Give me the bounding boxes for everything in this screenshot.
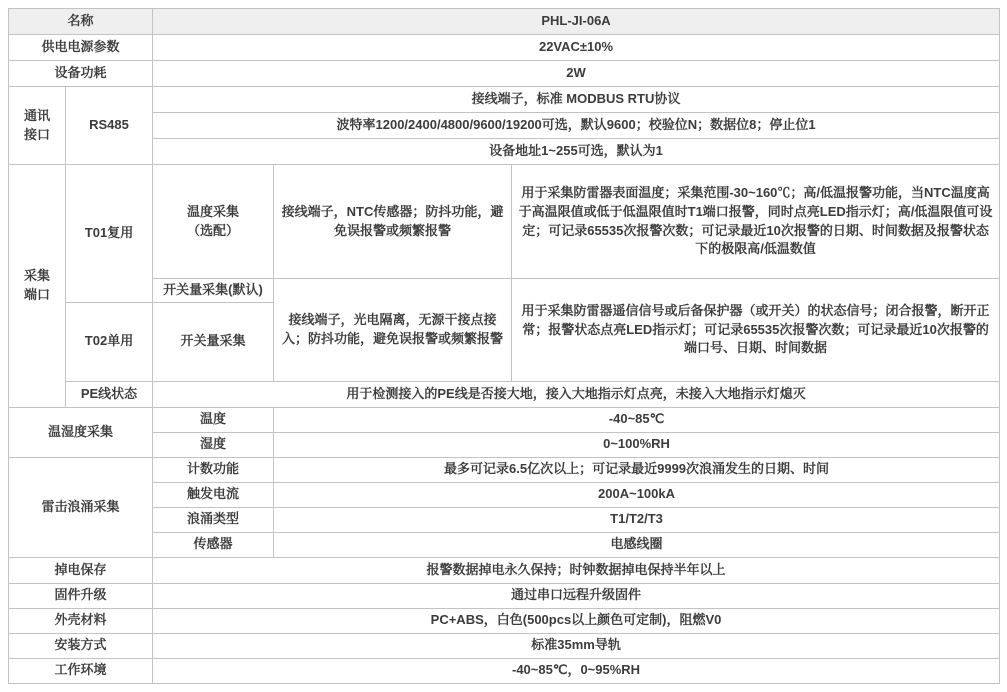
comm-baud-value: 波特率1200/2400/4800/9600/19200可选，默认9600；校验… — [153, 113, 1000, 139]
temp-humidity-group-label: 温湿度采集 — [9, 407, 153, 457]
t01-temp-mode-label: 温度采集 （选配） — [153, 165, 274, 279]
t01-label: T01复用 — [66, 165, 153, 303]
power-consumption-label: 设备功耗 — [9, 61, 153, 87]
pe-label: PE线状态 — [66, 381, 153, 407]
row-power-consumption: 设备功耗 2W — [9, 61, 1000, 87]
switch-desc: 用于采集防雷器遥信信号或后备保护器（或开关）的状态信号；闭合报警，断开正常；报警… — [512, 279, 1000, 382]
t01-temp-desc: 用于采集防雷器表面温度；采集范围-30~160℃；高/低温报警功能，当NTC温度… — [512, 165, 1000, 279]
row-surge-sensor: 传感器 电感线圈 — [9, 532, 1000, 557]
name-value: PHL-JI-06A — [153, 9, 1000, 35]
t02-label: T02单用 — [66, 302, 153, 381]
row-power-supply: 供电电源参数 22VAC±10% — [9, 35, 1000, 61]
page: 名称 PHL-JI-06A 供电电源参数 22VAC±10% 设备功耗 2W 通… — [0, 0, 1007, 692]
row-surge-type: 浪涌类型 T1/T2/T3 — [9, 507, 1000, 532]
firmware-value: 通过串口远程升级固件 — [153, 583, 1000, 608]
comm-address-value: 设备地址1~255可选，默认为1 — [153, 139, 1000, 165]
row-firmware: 固件升级 通过串口远程升级固件 — [9, 583, 1000, 608]
comm-terminal-value: 接线端子，标准 MODBUS RTU协议 — [153, 87, 1000, 113]
power-supply-value: 22VAC±10% — [153, 35, 1000, 61]
row-operating-env: 工作环境 -40~85℃，0~95%RH — [9, 658, 1000, 683]
row-surge-trigger: 触发电流 200A~100kA — [9, 482, 1000, 507]
row-pe-status: PE线状态 用于检测接入的PE线是否接大地，接入大地指示灯点亮，未接入大地指示灯… — [9, 381, 1000, 407]
row-comm-address: 设备地址1~255可选，默认为1 — [9, 139, 1000, 165]
data-retention-label: 掉电保存 — [9, 557, 153, 583]
humidity-value: 0~100%RH — [274, 432, 1000, 457]
surge-sensor-label: 传感器 — [153, 532, 274, 557]
surge-type-value: T1/T2/T3 — [274, 507, 1000, 532]
temperature-label: 温度 — [153, 407, 274, 432]
data-retention-value: 报警数据掉电永久保持；时钟数据掉电保持半年以上 — [153, 557, 1000, 583]
row-data-retention: 掉电保存 报警数据掉电永久保持；时钟数据掉电保持半年以上 — [9, 557, 1000, 583]
row-t01-temperature: 采集 端口 T01复用 温度采集 （选配） 接线端子，NTC传感器；防抖功能，避… — [9, 165, 1000, 279]
row-surge-counting: 雷击浪涌采集 计数功能 最多可记录6.5亿次以上；可记录最近9999次浪涌发生的… — [9, 457, 1000, 482]
t02-mode-label: 开关量采集 — [153, 302, 274, 381]
switch-wiring: 接线端子，光电隔离，无源干接点接入；防抖功能，避免误报警或频繁报警 — [274, 279, 512, 382]
surge-trigger-value: 200A~100kA — [274, 482, 1000, 507]
temperature-value: -40~85℃ — [274, 407, 1000, 432]
name-label: 名称 — [9, 9, 153, 35]
operating-env-value: -40~85℃，0~95%RH — [153, 658, 1000, 683]
surge-type-label: 浪涌类型 — [153, 507, 274, 532]
operating-env-label: 工作环境 — [9, 658, 153, 683]
row-comm-baud: 波特率1200/2400/4800/9600/19200可选，默认9600；校验… — [9, 113, 1000, 139]
power-consumption-value: 2W — [153, 61, 1000, 87]
row-comm-terminal: 通讯 接口 RS485 接线端子，标准 MODBUS RTU协议 — [9, 87, 1000, 113]
surge-sensor-value: 电感线圈 — [274, 532, 1000, 557]
row-name: 名称 PHL-JI-06A — [9, 9, 1000, 35]
surge-counting-value: 最多可记录6.5亿次以上；可记录最近9999次浪涌发生的日期、时间 — [274, 457, 1000, 482]
spec-table: 名称 PHL-JI-06A 供电电源参数 22VAC±10% 设备功耗 2W 通… — [8, 8, 1000, 684]
acq-ports-group-label: 采集 端口 — [9, 165, 66, 408]
housing-label: 外壳材料 — [9, 608, 153, 633]
comm-group-label: 通讯 接口 — [9, 87, 66, 165]
row-housing: 外壳材料 PC+ABS，白色(500pcs以上颜色可定制)，阻燃V0 — [9, 608, 1000, 633]
t01-switch-default-label: 开关量采集(默认) — [153, 279, 274, 303]
comm-interface-label: RS485 — [66, 87, 153, 165]
t01-temp-wiring: 接线端子，NTC传感器；防抖功能，避免误报警或频繁报警 — [274, 165, 512, 279]
mounting-value: 标准35mm导轨 — [153, 633, 1000, 658]
power-supply-label: 供电电源参数 — [9, 35, 153, 61]
firmware-label: 固件升级 — [9, 583, 153, 608]
surge-trigger-label: 触发电流 — [153, 482, 274, 507]
surge-group-label: 雷击浪涌采集 — [9, 457, 153, 557]
mounting-label: 安装方式 — [9, 633, 153, 658]
row-t01-switch-default: 开关量采集(默认) 接线端子，光电隔离，无源干接点接入；防抖功能，避免误报警或频… — [9, 279, 1000, 303]
humidity-label: 湿度 — [153, 432, 274, 457]
surge-counting-label: 计数功能 — [153, 457, 274, 482]
housing-value: PC+ABS，白色(500pcs以上颜色可定制)，阻燃V0 — [153, 608, 1000, 633]
row-humidity: 湿度 0~100%RH — [9, 432, 1000, 457]
row-temperature: 温湿度采集 温度 -40~85℃ — [9, 407, 1000, 432]
pe-desc: 用于检测接入的PE线是否接大地，接入大地指示灯点亮，未接入大地指示灯熄灭 — [153, 381, 1000, 407]
row-mounting: 安装方式 标准35mm导轨 — [9, 633, 1000, 658]
